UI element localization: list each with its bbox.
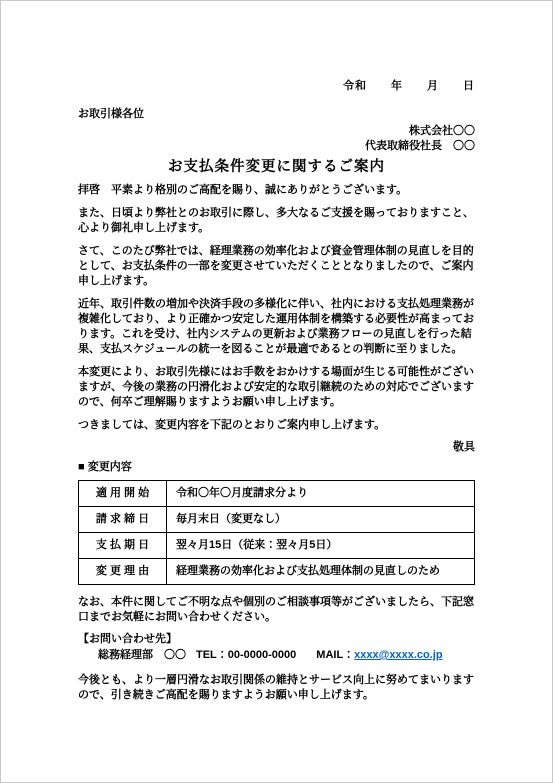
contact-heading: 【お問い合わせ先】 [78,632,475,647]
thanks-paragraph: また、日頃より弊社とのお取引に際し、多大なるご支援を賜っておりますこと、心より御… [78,206,475,236]
document-page: 令和 年 月 日 お取引様各位 株式会社〇〇 代表取締役社長 〇〇 お支払条件変… [0,0,553,783]
sender-block: 株式会社〇〇 代表取締役社長 〇〇 [78,124,475,154]
contact-mail-label: MAIL： [316,649,354,661]
contact-line: 総務経理部 〇〇TEL：00-0000-0000MAIL：xxxx@xxxx.c… [78,648,475,663]
greeting-paragraph: 拝啓 平素より格別のご高配を賜り、誠にありがとうございます。 [78,183,475,198]
section-heading-change-details: ■ 変更内容 [78,460,475,475]
closing-paragraph: 今後とも、より一層円滑なお取引関係の維持とサービス向上に努めてまいりますので、引… [78,673,475,703]
document-content: 令和 年 月 日 お取引様各位 株式会社〇〇 代表取締役社長 〇〇 お支払条件変… [1,1,552,703]
closing-word: 敬具 [78,440,475,455]
contact-tel: TEL：00-0000-0000 [196,649,296,661]
apology-paragraph: 本変更により、お取引先様にはお手数をおかけする場面が生じる可能性がございますが、… [78,365,475,410]
row-label: 請 求 締 日 [79,507,167,533]
president-name: 代表取締役社長 〇〇 [78,139,475,154]
row-label: 支 払 期 日 [79,533,167,559]
table-row-change-reason: 変 更 理 由 経理業務の効率化および支払処理体制の見直しのため [79,559,475,585]
row-value: 翌々月15日（従来：翌々月5日） [167,533,475,559]
note-paragraph: なお、本件に関してご不明な点や個別のご相談事項等がございましたら、下記窓口までお… [78,595,475,625]
company-name: 株式会社〇〇 [78,124,475,139]
table-row-payment-due: 支 払 期 日 翌々月15日（従来：翌々月5日） [79,533,475,559]
row-value: 令和〇年〇月度請求分より [167,481,475,507]
contact-department: 総務経理部 〇〇 [98,649,186,661]
purpose-paragraph: さて、このたび弊社では、経理業務の効率化および資金管理体制の見直しを目的として、… [78,244,475,289]
lead-in-paragraph: つきましては、変更内容を下記のとおりご案内申し上げます。 [78,418,475,433]
date-line: 令和 年 月 日 [78,79,475,94]
change-details-table: 適 用 開 始 令和〇年〇月度請求分より 請 求 締 日 毎月末日（変更なし） … [78,480,475,585]
background-paragraph: 近年、取引件数の増加や決済手段の多様化に伴い、社内における支払処理業務が複雑化し… [78,297,475,357]
row-value: 毎月末日（変更なし） [167,507,475,533]
table-row-apply-start: 適 用 開 始 令和〇年〇月度請求分より [79,481,475,507]
table-row-billing-cutoff: 請 求 締 日 毎月末日（変更なし） [79,507,475,533]
recipient: お取引様各位 [78,107,475,122]
email-link[interactable]: xxxx@xxxx.co.jp [354,649,442,661]
row-label: 適 用 開 始 [79,481,167,507]
row-label: 変 更 理 由 [79,559,167,585]
row-value: 経理業務の効率化および支払処理体制の見直しのため [167,559,475,585]
document-title: お支払条件変更に関するご案内 [78,157,475,177]
